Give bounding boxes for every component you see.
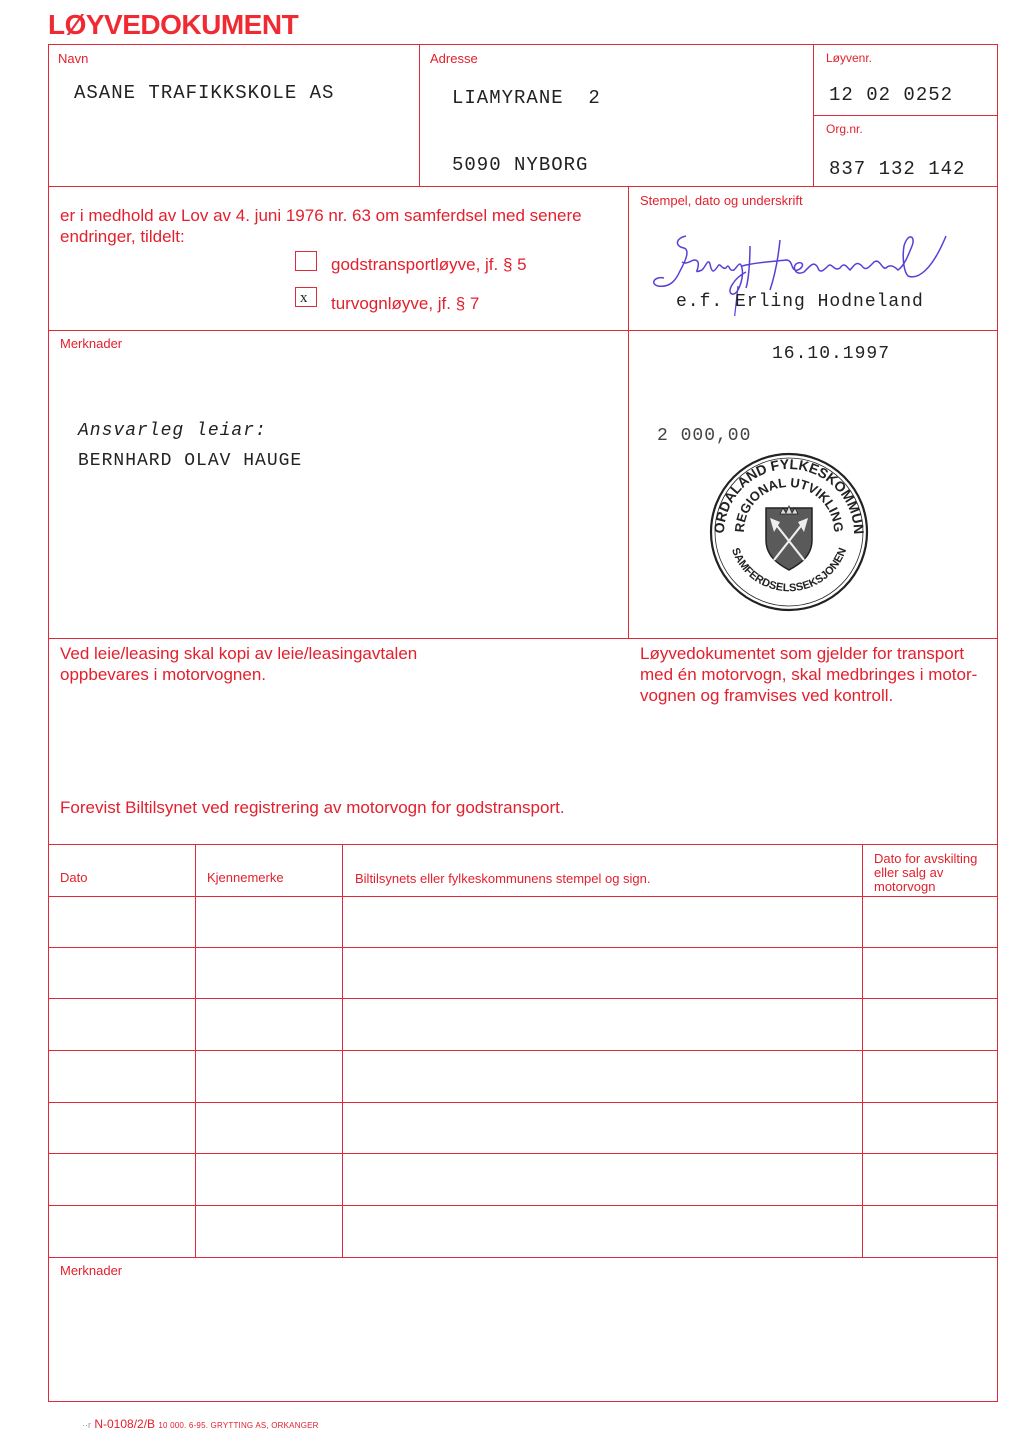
license-number-label: Løyvenr. bbox=[826, 51, 872, 65]
remarks-line1: Ansvarleg leiar: bbox=[78, 421, 267, 441]
issue-date: 16.10.1997 bbox=[772, 344, 890, 364]
table-cell[interactable] bbox=[49, 1000, 195, 1050]
license-number-value: 12 02 0252 bbox=[829, 84, 953, 106]
header-line: Dato for avskilting bbox=[874, 852, 977, 866]
carry-notice-line3: vognen og framvises ved kontroll. bbox=[640, 685, 893, 706]
carry-notice-line1: Løyvedokumentet som gjelder for transpor… bbox=[640, 643, 964, 664]
goods-transport-checkbox[interactable] bbox=[295, 251, 317, 271]
table-cell[interactable] bbox=[196, 1000, 342, 1050]
fee-amount: 2 000,00 bbox=[657, 426, 751, 446]
header-line: eller salg av bbox=[874, 866, 977, 880]
bus-license-checkbox[interactable]: x bbox=[295, 287, 317, 307]
name-value: ASANE TRAFIKKSKOLE AS bbox=[74, 82, 334, 104]
grant-text-line1: er i medhold av Lov av 4. juni 1976 nr. … bbox=[60, 205, 582, 226]
table-cell[interactable] bbox=[863, 1000, 997, 1050]
signed-by: e.f. Erling Hodneland bbox=[676, 292, 924, 312]
table-cell[interactable] bbox=[196, 1052, 342, 1102]
footer-prefix: ··r bbox=[82, 1420, 91, 1430]
remarks-line2: BERNHARD OLAV HAUGE bbox=[78, 451, 302, 471]
column-header-stamp-sign: Biltilsynets eller fylkeskommunens stemp… bbox=[355, 872, 651, 886]
org-number-label: Org.nr. bbox=[826, 122, 863, 136]
carry-notice-line2: med én motorvogn, skal medbringes i moto… bbox=[640, 664, 977, 685]
header-line: motorvogn bbox=[874, 880, 977, 894]
address-label: Adresse bbox=[430, 51, 478, 66]
leasing-notice-line1: Ved leie/leasing skal kopi av leie/leasi… bbox=[60, 643, 417, 664]
table-cell[interactable] bbox=[343, 1052, 862, 1102]
table-cell[interactable] bbox=[343, 897, 862, 947]
bus-license-label: turvognløyve, jf. § 7 bbox=[331, 293, 479, 314]
table-cell[interactable] bbox=[49, 897, 195, 947]
table-cell[interactable] bbox=[49, 1155, 195, 1205]
table-cell[interactable] bbox=[863, 1103, 997, 1153]
table-cell[interactable] bbox=[863, 1155, 997, 1205]
goods-transport-label: godstransportløyve, jf. § 5 bbox=[331, 254, 527, 275]
document-title: LØYVEDOKUMENT bbox=[48, 9, 298, 41]
print-info: 10 000. 6-95. GRYTTING AS, ORKANGER bbox=[158, 1421, 318, 1430]
form-footer: ··r N-0108/2/B 10 000. 6-95. GRYTTING AS… bbox=[82, 1417, 319, 1431]
bottom-remarks-label: Merknader bbox=[60, 1263, 122, 1278]
table-cell[interactable] bbox=[196, 897, 342, 947]
table-cell[interactable] bbox=[196, 1103, 342, 1153]
address-line1: LIAMYRANE 2 bbox=[452, 87, 601, 109]
checkbox-mark: x bbox=[300, 290, 308, 307]
table-cell[interactable] bbox=[196, 1155, 342, 1205]
stamp-label: Stempel, dato og underskrift bbox=[640, 193, 803, 208]
name-label: Navn bbox=[58, 51, 88, 66]
column-header-deregistration-date: Dato for avskilting eller salg av motorv… bbox=[874, 852, 977, 894]
official-seal-icon: HORDALAND FYLKESKOMMUNE REGIONAL UTVIKLI… bbox=[704, 452, 874, 612]
table-cell[interactable] bbox=[863, 897, 997, 947]
table-cell[interactable] bbox=[343, 1103, 862, 1153]
column-header-plate: Kjennemerke bbox=[207, 871, 284, 885]
form-number: N-0108/2/B bbox=[94, 1417, 155, 1431]
table-cell[interactable] bbox=[343, 1155, 862, 1205]
table-cell[interactable] bbox=[49, 1103, 195, 1153]
leasing-notice-line2: oppbevares i motorvognen. bbox=[60, 664, 266, 685]
table-cell[interactable] bbox=[343, 1000, 862, 1050]
address-line2: 5090 NYBORG bbox=[452, 154, 588, 176]
table-cell[interactable] bbox=[49, 949, 195, 999]
grant-text-line2: endringer, tildelt: bbox=[60, 226, 185, 247]
table-cell[interactable] bbox=[863, 949, 997, 999]
table-cell[interactable] bbox=[863, 1052, 997, 1102]
table-cell[interactable] bbox=[49, 1052, 195, 1102]
column-header-date: Dato bbox=[60, 871, 87, 885]
shown-to-notice: Forevist Biltilsynet ved registrering av… bbox=[60, 797, 565, 818]
table-cell[interactable] bbox=[196, 949, 342, 999]
table-cell[interactable] bbox=[343, 949, 862, 999]
org-number-value: 837 132 142 bbox=[829, 158, 965, 180]
remarks-label: Merknader bbox=[60, 336, 122, 351]
